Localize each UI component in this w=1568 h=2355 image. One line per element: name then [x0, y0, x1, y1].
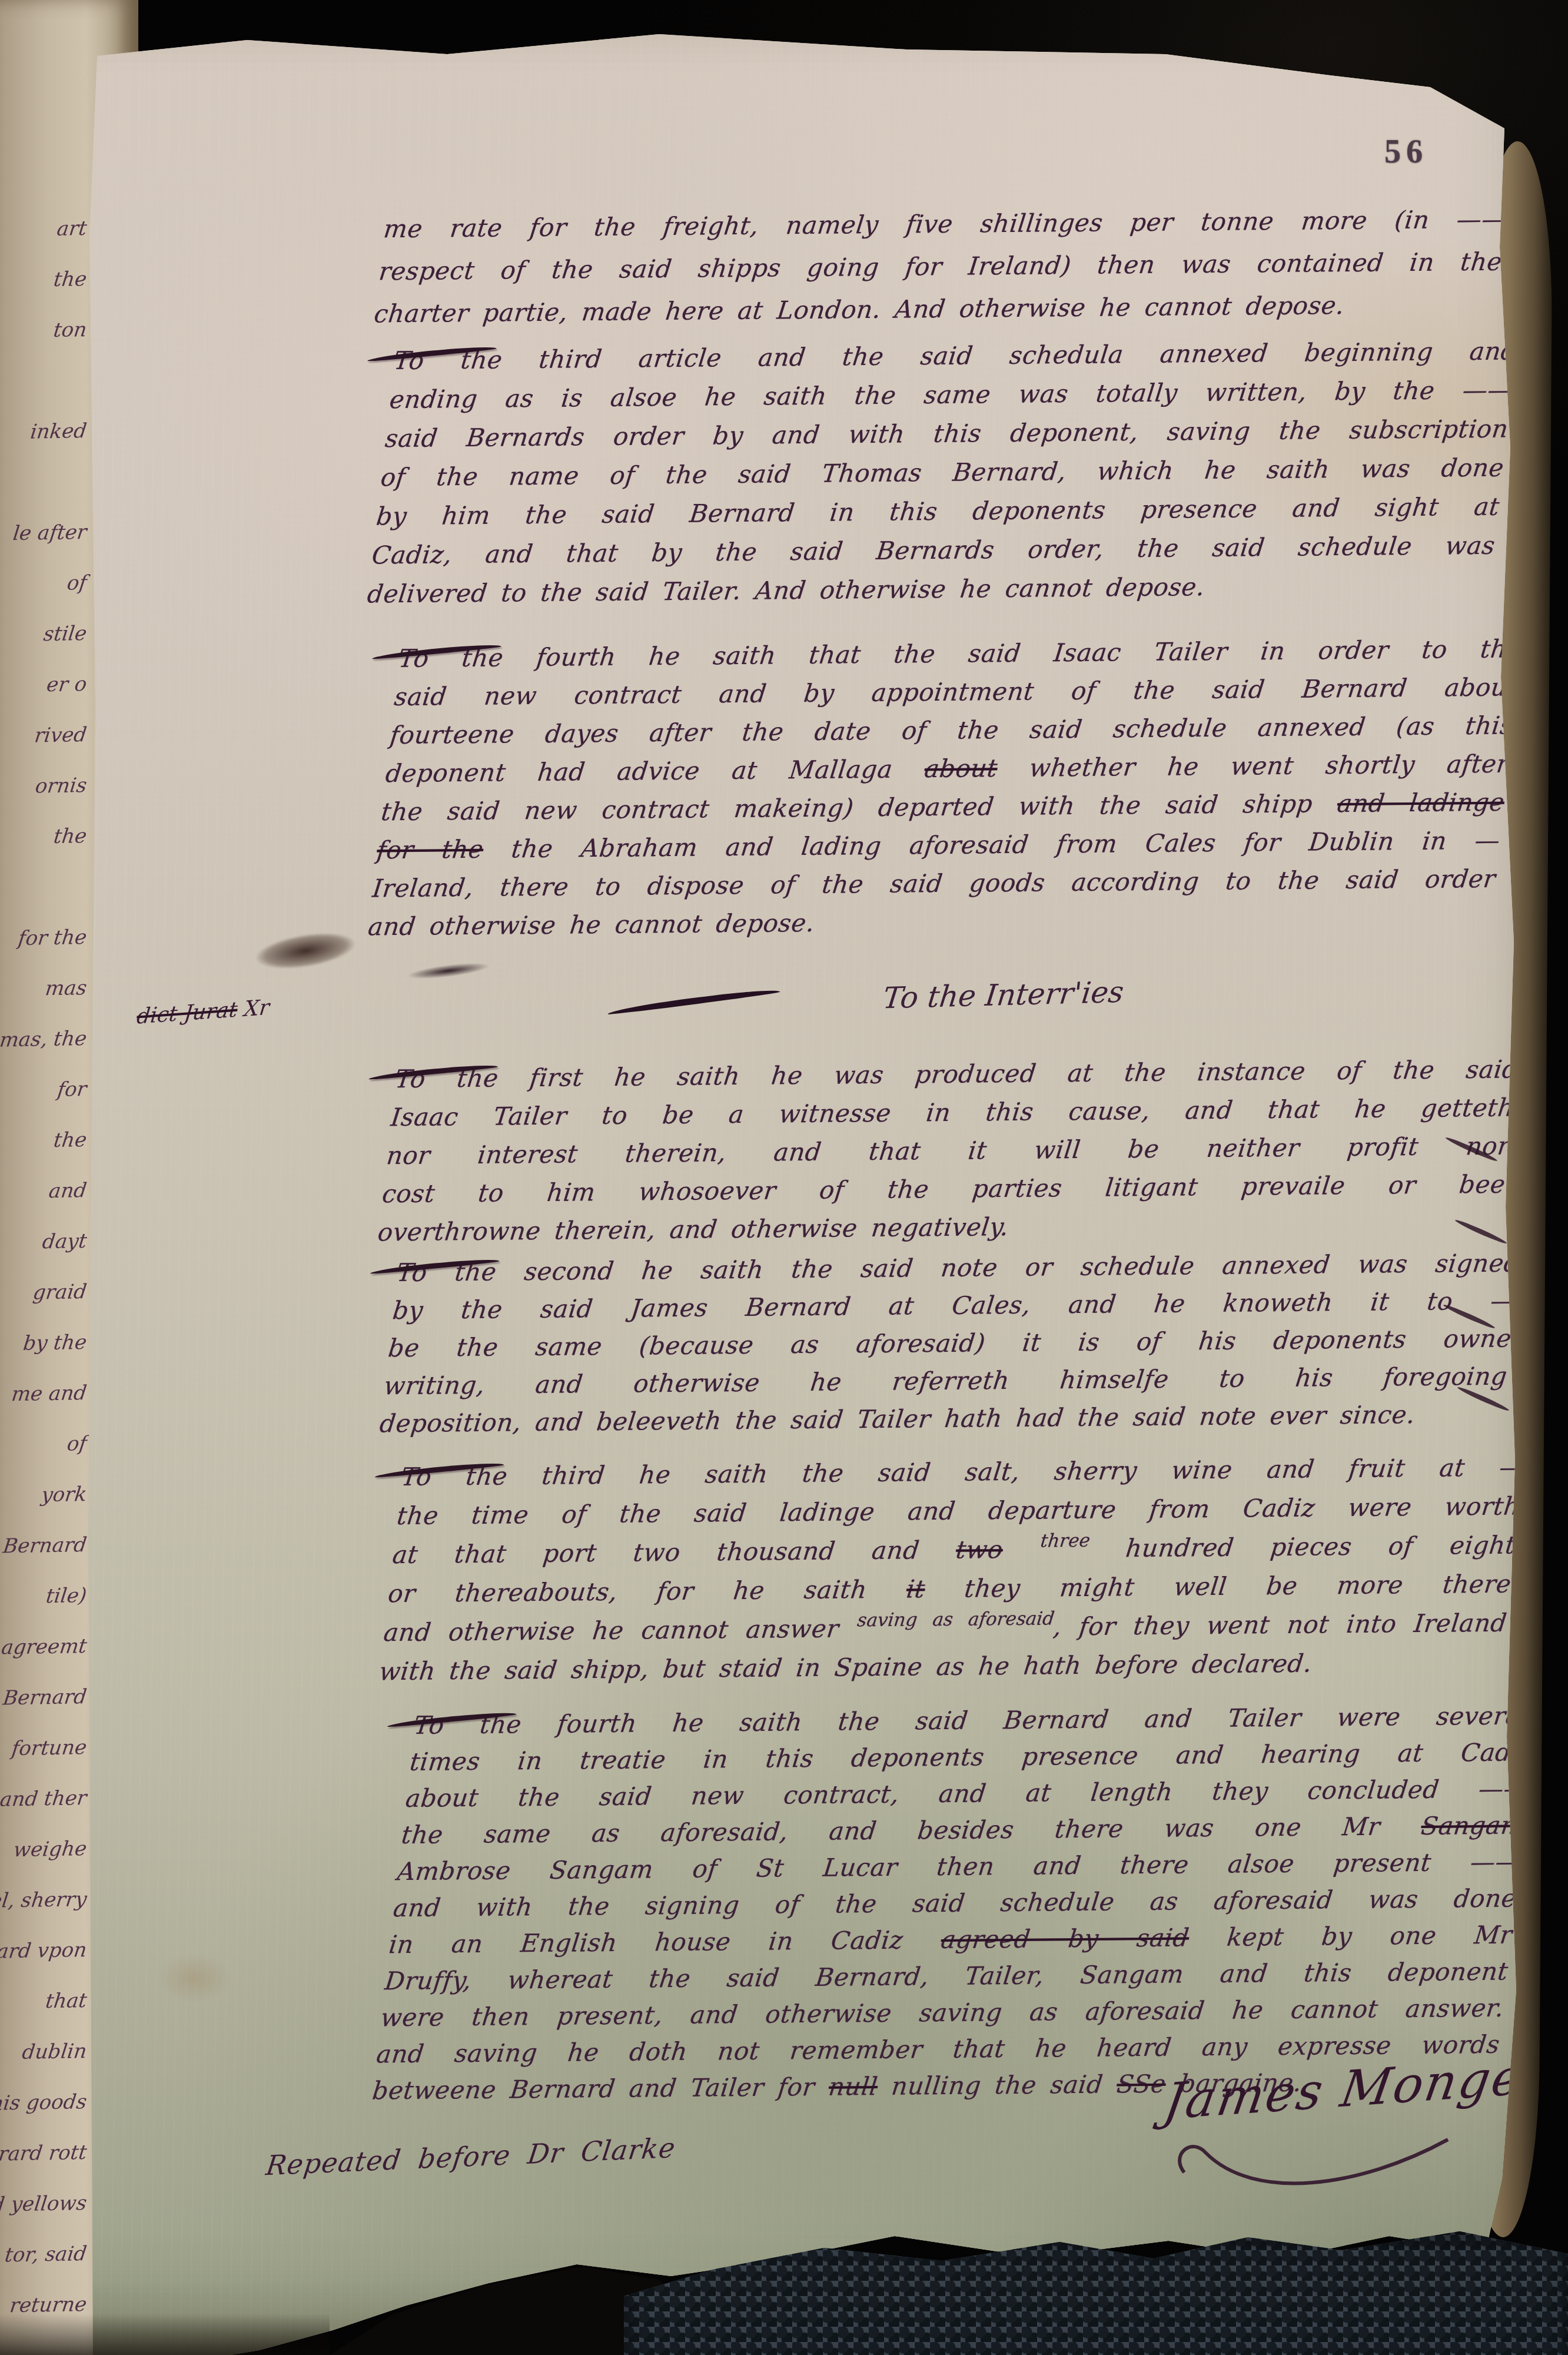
edge-text-fragment: weighe [0, 1837, 88, 1863]
edge-text-fragment: Bernard [0, 1533, 88, 1559]
interrogatories-heading: To the Interr'ies [789, 973, 1218, 1018]
paragraph-first-interrogatory: To the first he saith he was produced at… [376, 1050, 1521, 1251]
edge-text-fragment: ard vpon [0, 1938, 88, 1964]
edge-text-fragment: dublin [0, 2039, 88, 2065]
edge-text-fragment: el, sherry [0, 1888, 88, 1913]
paragraph-fourth-article: To the fourth he saith that the said Isa… [366, 629, 1524, 946]
paragraph-third-interrogatory: To the third he saith the said salt, she… [377, 1448, 1527, 1691]
manuscript-photograph: artthetoninkedle afterofstileer orivedor… [0, 0, 1568, 2355]
edge-text-fragment: tor, said [0, 2242, 88, 2268]
edge-text-fragment: ton [0, 318, 88, 344]
edge-text-fragment: a agreemt [0, 1634, 88, 1660]
edge-text-fragment: Gerard rott [0, 2141, 88, 2167]
edge-text-fragment: nd Bernard [0, 1685, 88, 1711]
edge-text-fragment: for [0, 1077, 88, 1103]
edge-text-fragment: er o [0, 672, 88, 698]
paragraph-second-interrogatory: To the second he saith the said note or … [378, 1244, 1522, 1442]
deposition-text: me rate for the freight, namely five shi… [377, 0, 1500, 5]
edge-text-fragment: graid [0, 1280, 88, 1306]
edge-text-fragment: ornis [0, 774, 88, 800]
edge-text-fragment: le after [0, 520, 88, 546]
edge-text-fragment: fortune [0, 1736, 88, 1762]
edge-text-fragment: for the [0, 926, 88, 951]
signature-flourish [1171, 2127, 1466, 2215]
edge-text-fragment: tile) [0, 1584, 88, 1610]
edge-text-fragment: of [0, 1432, 88, 1458]
edge-text-fragment: the [0, 1128, 88, 1154]
edge-text-fragment: inked [0, 419, 88, 445]
edge-text-fragment: and [0, 1179, 88, 1205]
edge-text-fragment: of [0, 571, 88, 597]
edge-text-fragment: by the [0, 1331, 88, 1356]
paragraph-freight-rate: me rate for the freight, namely five shi… [372, 198, 1510, 336]
edge-text-fragment: and ther [0, 1786, 88, 1812]
page-number-stamp: 56 [1384, 133, 1428, 171]
edge-text-fragment: me and [0, 1381, 88, 1407]
edge-text-fragment: the [0, 267, 88, 293]
bottom-shadow [0, 2314, 330, 2355]
edge-text-fragment: the [0, 824, 88, 850]
paragraph-third-article: To the third article and the said schedu… [366, 331, 1520, 613]
ink-smear [235, 918, 376, 983]
edge-text-fragment: stile [0, 622, 88, 648]
margin-note: dict Jurat Xr [135, 990, 349, 1029]
edge-text-fragment: mas [0, 976, 88, 1002]
edge-text-fragment: art [0, 217, 88, 243]
edge-text-fragment: rived [0, 723, 88, 749]
edge-text-fragment: that [0, 1989, 88, 2015]
paragraph-fourth-interrogatory: To the fourth he saith the said Bernard … [370, 1697, 1539, 2109]
ink-dash-smear [395, 957, 502, 985]
manuscript-line: charter partie, made here at London. And… [372, 283, 1500, 336]
edge-text-fragment: york [0, 1482, 88, 1508]
edge-text-fragment [0, 875, 87, 877]
edge-text-fragment: mas, the [0, 1027, 88, 1053]
examination-note: Repeated before Dr Clarke [264, 2132, 677, 2182]
edge-text-fragment: dayt [0, 1229, 88, 1255]
edge-text-fragment [0, 470, 87, 472]
manuscript-page: 56 dict Jurat Xr me rate for the freight… [0, 0, 1568, 2355]
edge-text-fragment [0, 369, 87, 371]
edge-text-fragment: nis goods [0, 2090, 88, 2116]
edge-text-fragment: nd yellows [0, 2191, 88, 2217]
